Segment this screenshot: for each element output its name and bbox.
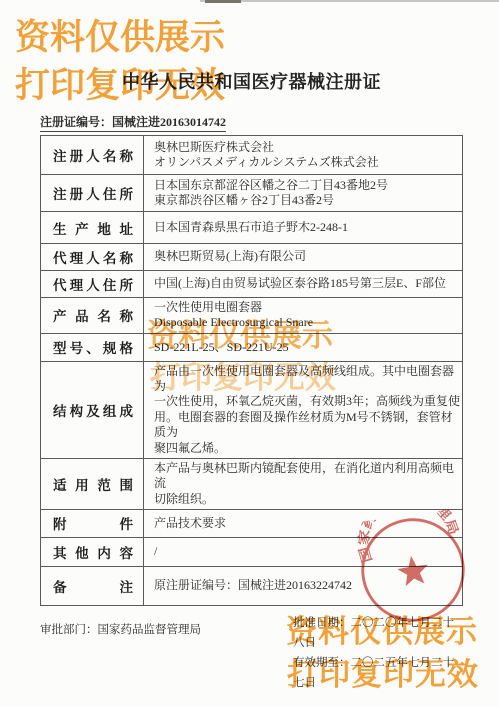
row-label: 型号、规格 xyxy=(41,334,144,361)
watermark-middle-line1: 资料仅供展示 xyxy=(147,310,333,355)
seal-star-icon xyxy=(396,554,430,587)
row-value: 日本国东京都涩谷区幡之谷二丁目43番地2号 東京都渋谷区幡ヶ谷2丁目43番2号 xyxy=(144,175,462,211)
row-label: 注册人名称 xyxy=(41,136,144,174)
row-value: 奥林巴斯贸易(上海)有限公司 xyxy=(144,244,462,270)
watermark-bottom-right-line2: 打印复印无效 xyxy=(287,649,479,694)
registration-number-value: 国械注进20163014742 xyxy=(112,115,226,129)
row-agent-name: 代理人名称 奥林巴斯贸易(上海)有限公司 xyxy=(41,244,462,271)
watermark-bottom-right-line1: 资料仅供展示 xyxy=(286,606,478,651)
row-label: 适用范围 xyxy=(41,459,144,509)
registration-number-line: 注册证编号：国械注进20163014742 xyxy=(40,113,463,132)
row-scope-of-application: 适用范围 本产品与奥林巴斯内镜配套使用，在消化道内利用高频电流 切除组织。 xyxy=(41,459,462,510)
approval-department-value: 国家药品监督管理局 xyxy=(98,624,202,636)
row-agent-address: 代理人住所 中国(上海)自由贸易试验区泰谷路185号第三层E、F部位 xyxy=(41,271,462,298)
row-production-address: 生产地址 日本国青森県黒石市追子野木2-248-1 xyxy=(41,212,462,244)
row-value: 中国(上海)自由贸易试验区泰谷路185号第三层E、F部位 xyxy=(144,271,462,297)
row-label: 备注 xyxy=(41,567,144,605)
row-label: 其他内容 xyxy=(41,538,144,566)
row-label: 生产地址 xyxy=(41,212,144,243)
row-registrant-name: 注册人名称 奥林巴斯医疗株式会社 オリンパスメディカルシステムズ株式会社 xyxy=(41,136,462,175)
watermark-top-left-line1: 资料仅供展示 xyxy=(15,10,225,60)
registration-number-label: 注册证编号： xyxy=(40,115,112,129)
row-value: 本产品与奥林巴斯内镜配套使用，在消化道内利用高频电流 切除组织。 xyxy=(144,459,462,509)
approval-department: 审批部门：国家药品监督管理局 xyxy=(40,621,201,637)
row-label: 注册人住所 xyxy=(41,175,144,211)
row-registrant-address: 注册人住所 日本国东京都涩谷区幡之谷二丁目43番地2号 東京都渋谷区幡ヶ谷2丁目… xyxy=(41,175,462,212)
watermark-top-left-line2: 打印复印无效 xyxy=(15,58,225,108)
certificate-page: 中华人民共和国医疗器械注册证 注册证编号：国械注进20163014742 注册人… xyxy=(0,0,499,707)
row-value: 奥林巴斯医疗株式会社 オリンパスメディカルシステムズ株式会社 xyxy=(144,136,462,174)
approval-department-label: 审批部门： xyxy=(40,624,98,636)
watermark-middle-line2: 打印复印无效 xyxy=(150,352,336,397)
row-label: 附件 xyxy=(41,510,144,537)
row-label: 结构及组成 xyxy=(41,362,144,458)
row-value: 日本国青森県黒石市追子野木2-248-1 xyxy=(144,212,462,243)
row-label: 代理人住所 xyxy=(41,271,144,297)
row-label: 产品名称 xyxy=(41,298,144,333)
row-label: 代理人名称 xyxy=(41,244,144,270)
